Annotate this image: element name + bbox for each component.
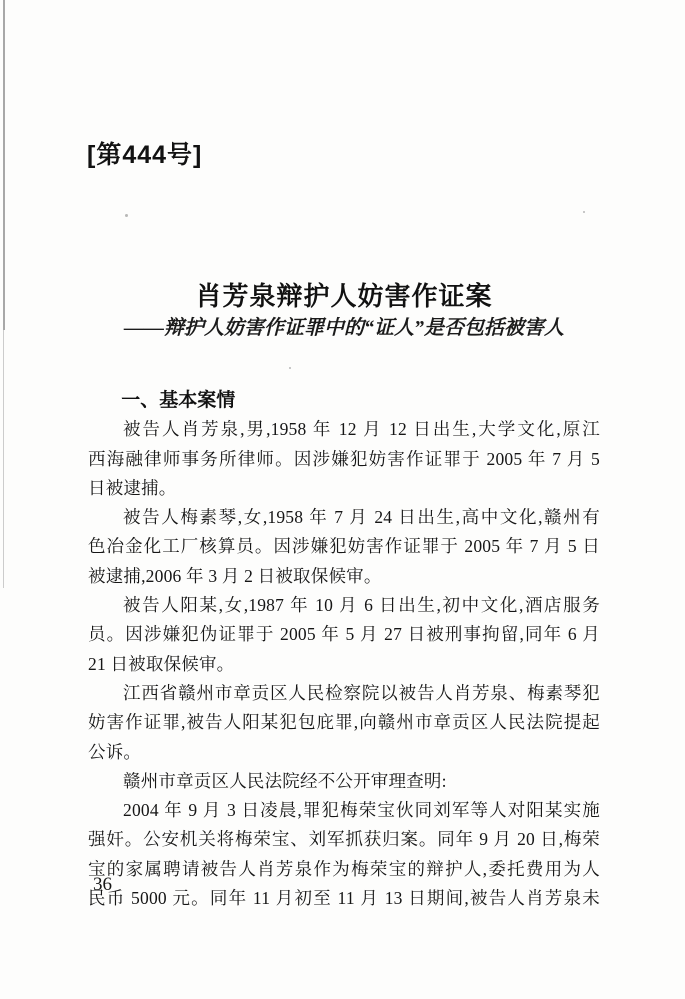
body-line: 被告人肖芳泉,男,1958 年 12 月 12 日出生,大学文化,原江: [88, 415, 600, 444]
body-line: 色冶金化工厂核算员。因涉嫌犯妨害作证罪于 2005 年 7 月 5 日: [88, 532, 600, 561]
body-line: 赣州市章贡区人民法院经不公开审理查明:: [88, 767, 600, 796]
body-line: 强奸。公安机关将梅荣宝、刘军抓获归案。同年 9 月 20 日,梅荣: [88, 825, 600, 854]
body-line: 公诉。: [88, 738, 600, 767]
body-line: 江西省赣州市章贡区人民检察院以被告人肖芳泉、梅素琴犯: [88, 679, 600, 708]
scan-edge-line-faint: [3, 330, 4, 588]
body-content: 一、基本案情 被告人肖芳泉,男,1958 年 12 月 12 日出生,大学文化,…: [88, 386, 600, 913]
case-title: 肖芳泉辩护人妨害作证案: [88, 276, 600, 313]
book-page: [第444号] 肖芳泉辩护人妨害作证案 ——辩护人妨害作证罪中的“证人”是否包括…: [0, 0, 685, 999]
body-line: 被逮捕,2006 年 3 月 2 日被取保候审。: [88, 562, 600, 591]
scan-speck: [583, 211, 585, 213]
body-line: 民币 5000 元。同年 11 月初至 11 月 13 日期间,被告人肖芳泉未: [88, 884, 600, 913]
body-line: 被告人阳某,女,1987 年 10 月 6 日出生,初中文化,酒店服务: [88, 591, 600, 620]
page-number: 36: [93, 874, 112, 896]
section-heading-basic-facts: 一、基本案情: [88, 386, 600, 415]
scan-speck: [289, 367, 291, 369]
body-line: 21 日被取保候审。: [88, 650, 600, 679]
scan-speck: [125, 214, 128, 217]
body-line: 日被逮捕。: [88, 474, 600, 503]
case-subtitle: ——辩护人妨害作证罪中的“证人”是否包括被害人: [60, 311, 628, 340]
body-line: 被告人梅素琴,女,1958 年 7 月 24 日出生,高中文化,赣州有: [88, 503, 600, 532]
case-number-heading: [第444号]: [87, 135, 202, 171]
body-line: 宝的家属聘请被告人肖芳泉作为梅荣宝的辩护人,委托费用为人: [88, 855, 600, 884]
paragraphs: 被告人肖芳泉,男,1958 年 12 月 12 日出生,大学文化,原江西海融律师…: [88, 415, 600, 913]
body-line: 妨害作证罪,被告人阳某犯包庇罪,向赣州市章贡区人民法院提起: [88, 708, 600, 737]
scan-edge-line: [3, 0, 5, 330]
body-line: 员。因涉嫌犯伪证罪于 2005 年 5 月 27 日被刑事拘留,同年 6 月: [88, 620, 600, 649]
body-line: 西海融律师事务所律师。因涉嫌犯妨害作证罪于 2005 年 7 月 5: [88, 445, 600, 474]
body-line: 2004 年 9 月 3 日凌晨,罪犯梅荣宝伙同刘军等人对阳某实施: [88, 796, 600, 825]
